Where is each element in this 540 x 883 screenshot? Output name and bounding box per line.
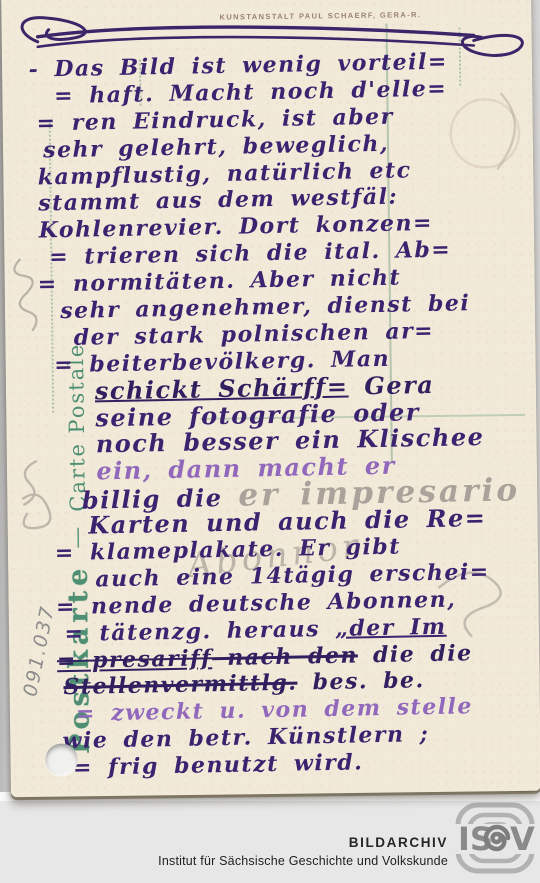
handwritten-segment: = frig benutzt wird. — [73, 749, 364, 781]
handwritten-segment: Gera — [348, 370, 434, 401]
postcard: KUNSTANSTALT PAUL SCHAERF, GERA-R. Abonn… — [1, 0, 540, 797]
institute-name: Institut für Sächsische Geschichte und V… — [158, 854, 448, 868]
archive-branding: BILDARCHIV Institut für Sächsische Gesch… — [158, 835, 448, 868]
handwritten-segment: „der Im — [335, 613, 447, 641]
handwritten-segment: bes. be. — [297, 668, 425, 696]
handwritten-segment: nach den — [212, 642, 358, 671]
scan-background: KUNSTANSTALT PAUL SCHAERF, GERA-R. Abonn… — [0, 0, 540, 883]
handwritten-segment: Stellenvermittlg. — [63, 670, 297, 700]
handwritten-segment: = tätenzg. heraus — [64, 616, 335, 647]
isgv-logo: IS V — [450, 800, 538, 878]
archive-name: BILDARCHIV — [158, 835, 448, 851]
logo-letter-v: V — [510, 820, 535, 858]
handwriting-lines: - Das Bild ist wenig vorteil== haft. Mac… — [17, 47, 537, 783]
handwritten-segment: = presariff — [57, 645, 213, 674]
handwritten-segment: die die — [358, 640, 473, 668]
